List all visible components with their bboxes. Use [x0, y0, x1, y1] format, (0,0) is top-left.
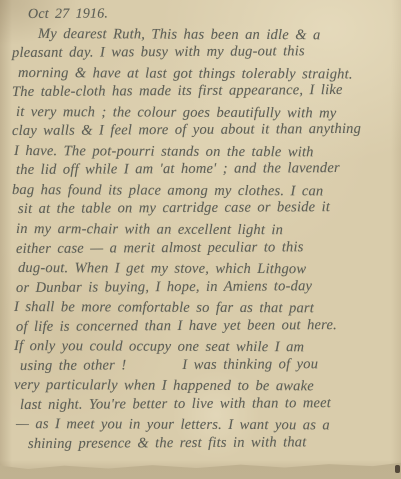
letter-line: either case — a merit almost peculiar to…	[16, 237, 401, 259]
letter-line: using the other !I was thinking of you	[20, 355, 401, 377]
letter-line: of life is concerned than I have yet bee…	[16, 315, 401, 337]
letter-line: The table-cloth has made its first appea…	[12, 81, 401, 103]
letter-paper: Oct 27 1916. My dearest Ruth, This has b…	[0, 0, 401, 479]
letter-line: sit at the table on my cartridge case or…	[18, 198, 401, 220]
letter-line: shining presence & the rest fits in with…	[28, 433, 401, 455]
letter-scan: { "colors": { "paper": "#d9ccab", "ink":…	[0, 0, 401, 479]
letter-body: Oct 27 1916. My dearest Ruth, This has b…	[8, 5, 401, 455]
letter-date-line: Oct 27 1916.	[28, 3, 401, 25]
letter-line-right: I was thinking of you	[182, 356, 318, 373]
letter-line: pleasant day. I was busy with my dug-out…	[12, 42, 401, 64]
letter-line: last night. You're better to live with t…	[20, 394, 401, 416]
letter-line: the lid off while I am 'at home' ; and t…	[16, 159, 401, 181]
letter-line: or Dunbar is buying, I hope, in Amiens t…	[16, 276, 401, 298]
paper-speck	[395, 465, 400, 473]
letter-line: clay walls & I feel more of you about it…	[12, 120, 401, 142]
letter-line-left: using the other !	[20, 357, 126, 374]
